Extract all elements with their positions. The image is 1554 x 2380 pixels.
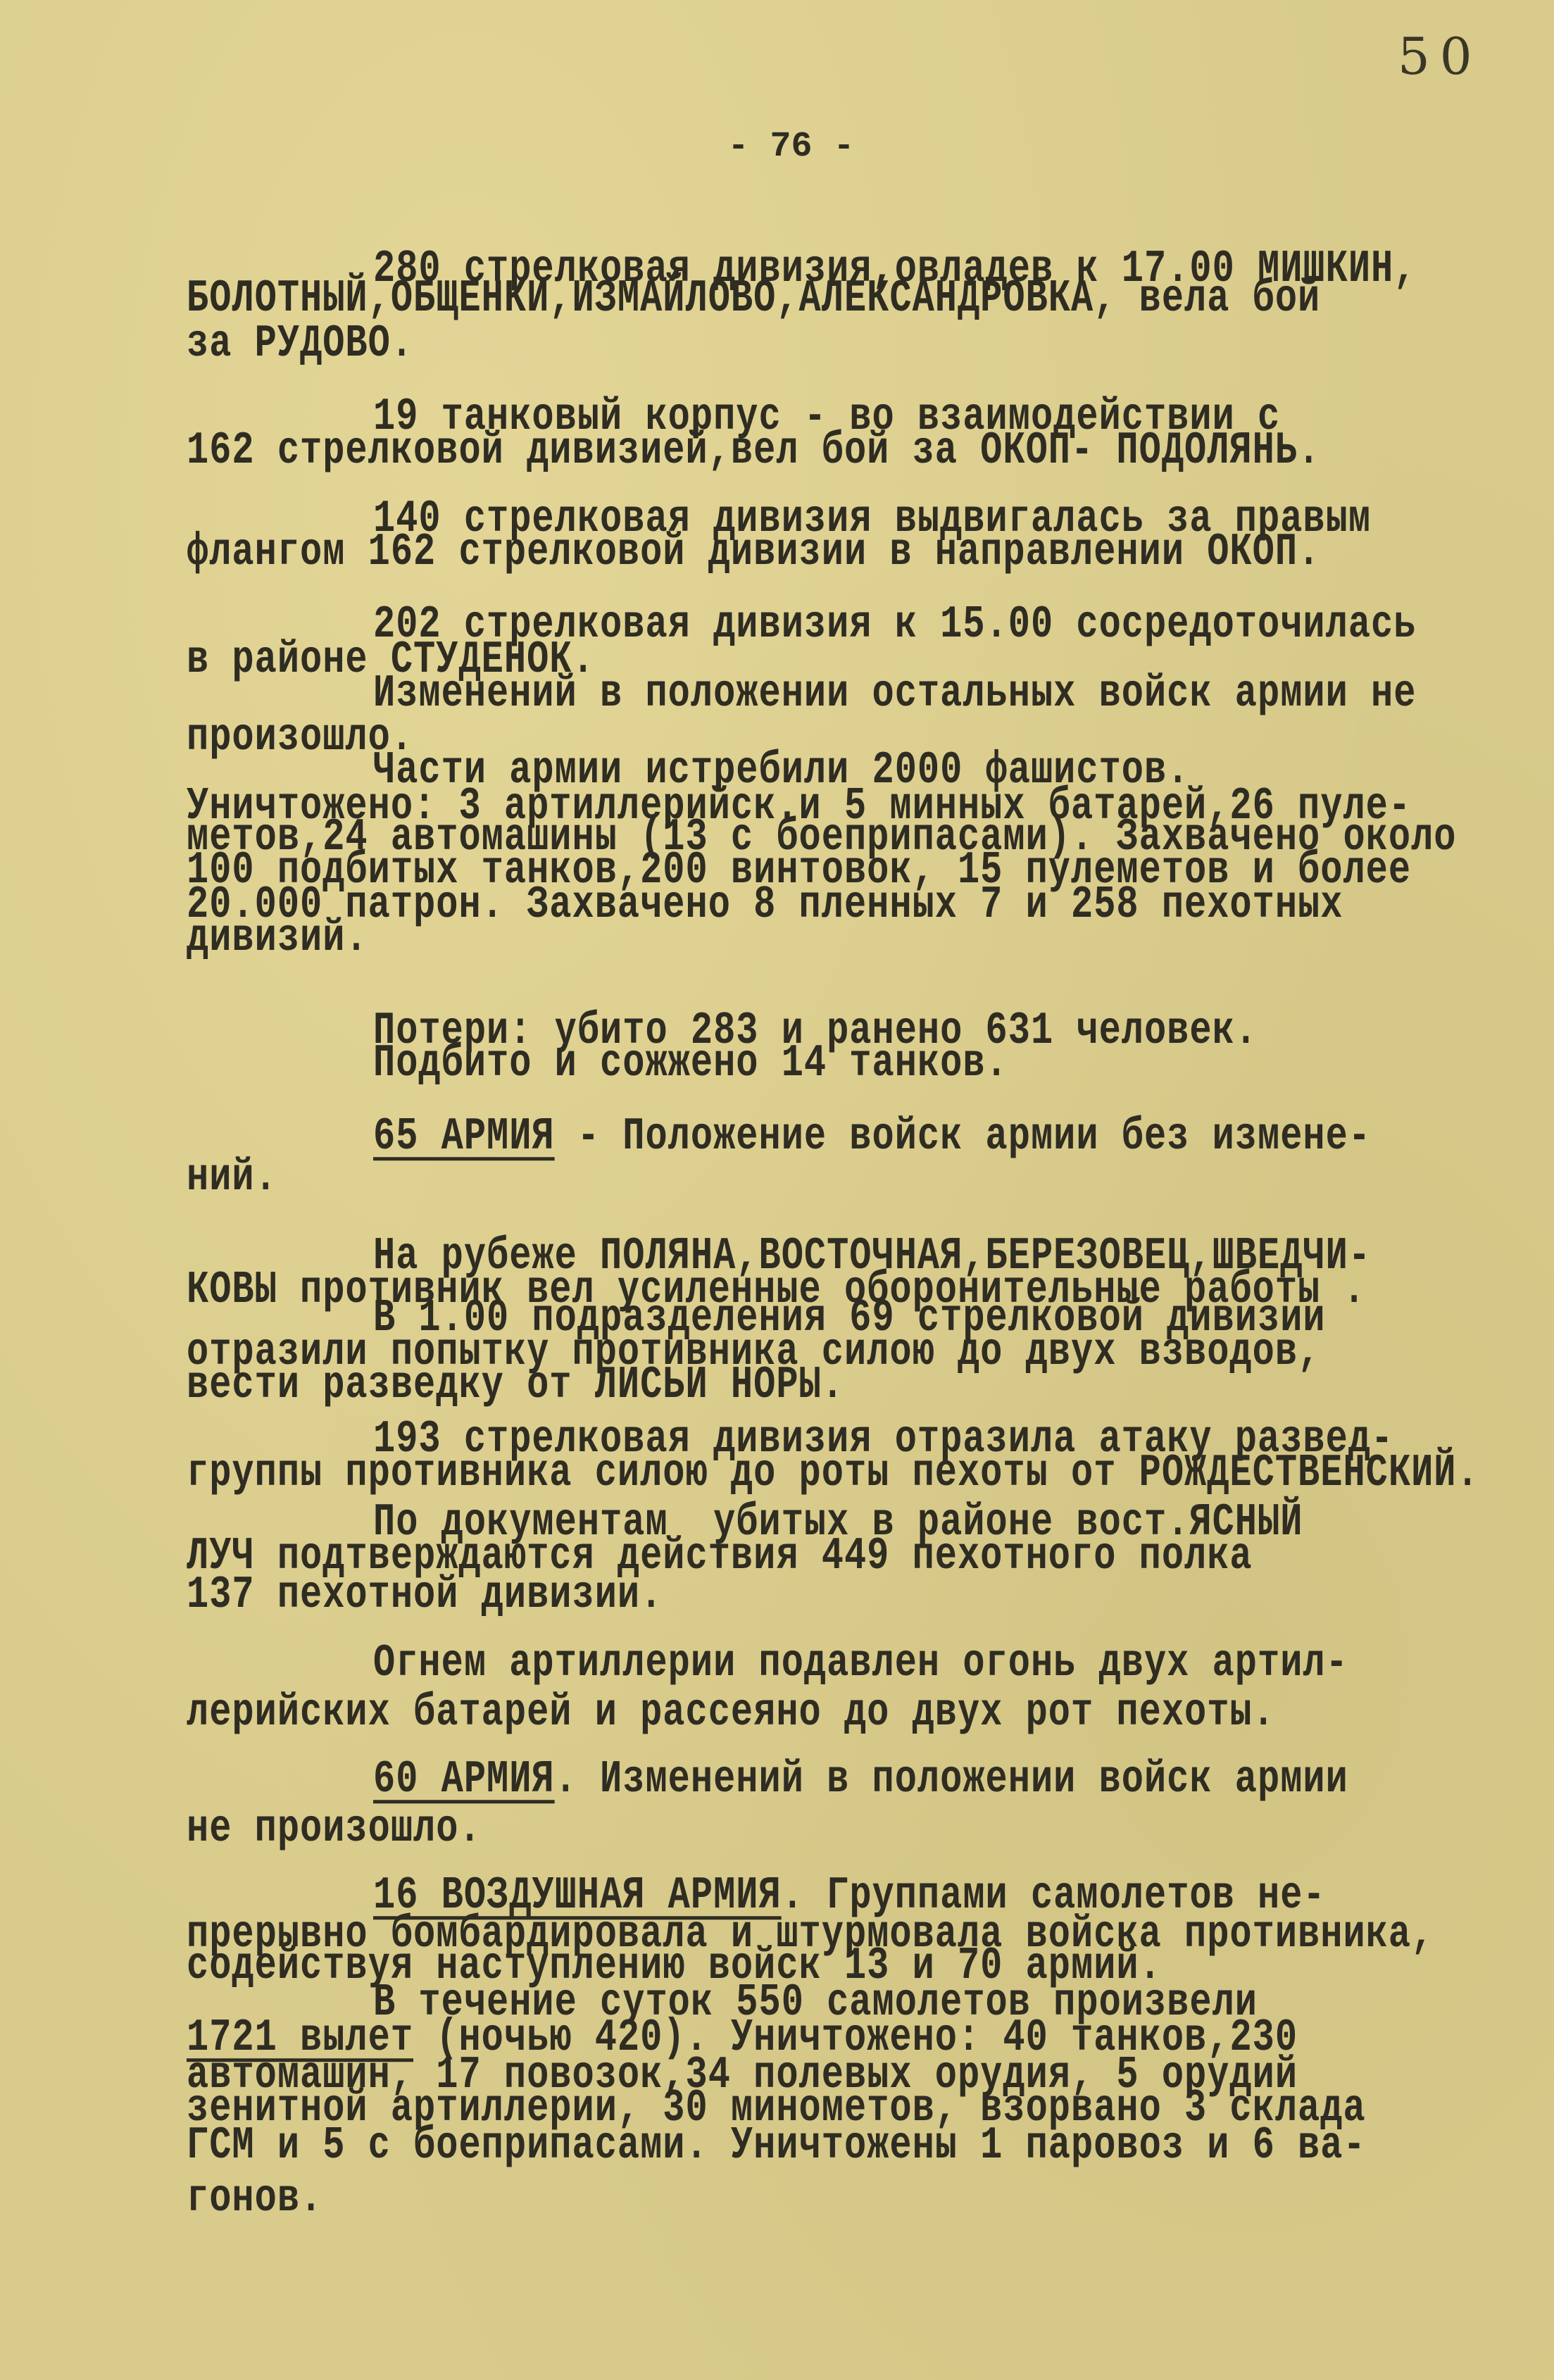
text-line: не произошло. — [187, 1806, 482, 1852]
underlined-heading: 60 АРМИЯ — [373, 1753, 555, 1805]
line-text: не произошло. — [187, 1803, 482, 1855]
line-text: Изменений в положении остальных войск ар… — [373, 668, 1416, 720]
text-line: дивизий. — [187, 915, 368, 961]
line-text: Огнем артиллерии подавлен огонь двух арт… — [373, 1637, 1348, 1689]
text-line: 137 пехотной дивизии. — [187, 1572, 663, 1618]
line-text: дивизий. — [187, 912, 368, 964]
section-heading-line: 65 АРМИЯ - Положение войск армии без изм… — [373, 1114, 1371, 1160]
line-text: флангом 162 стрелковой дивизии в направл… — [187, 526, 1320, 578]
archive-folio-number: 50 — [1398, 27, 1482, 86]
text-line: 162 стрелковой дивизией,вел бой за ОКОП-… — [187, 428, 1320, 474]
line-text: лерийских батарей и рассеяно до двух рот… — [187, 1686, 1275, 1739]
text-line: за РУДОВО. — [187, 321, 413, 367]
text-line: группы противника силою до роты пехоты о… — [187, 1451, 1479, 1496]
text-line: ГСМ и 5 с боеприпасами. Уничтожены 1 пар… — [187, 2123, 1366, 2169]
section-heading-line: 60 АРМИЯ. Изменений в положении войск ар… — [373, 1757, 1348, 1803]
line-text: . Изменений в положении войск армии — [555, 1753, 1348, 1805]
text-line: Огнем артиллерии подавлен огонь двух арт… — [373, 1641, 1348, 1686]
line-text: вести разведку от ЛИСЬИ НОРЫ. — [187, 1359, 844, 1411]
line-text: ний. — [187, 1151, 277, 1203]
line-text: Подбито и сожжено 14 танков. — [373, 1037, 1008, 1089]
line-text: БОЛОТНЫЙ,ОБЩЕНКИ,ИЗМАЙЛОВО,АЛЕКСАНДРОВКА… — [187, 273, 1320, 325]
text-line: Изменений в положении остальных войск ар… — [373, 671, 1416, 717]
line-text: - Положение войск армии без измене- — [555, 1110, 1371, 1163]
underlined-heading: 65 АРМИЯ — [373, 1110, 555, 1163]
text-line: лерийских батарей и рассеяно до двух рот… — [187, 1690, 1275, 1736]
page-number: - 76 - — [0, 127, 1554, 167]
line-text: гонов. — [187, 2172, 322, 2224]
text-line: гонов. — [187, 2176, 322, 2222]
text-line: ний. — [187, 1155, 277, 1201]
text-line: БОЛОТНЫЙ,ОБЩЕНКИ,ИЗМАЙЛОВО,АЛЕКСАНДРОВКА… — [187, 276, 1320, 322]
line-text: за РУДОВО. — [187, 318, 413, 370]
text-line: вести разведку от ЛИСЬИ НОРЫ. — [187, 1363, 844, 1408]
line-text: 137 пехотной дивизии. — [187, 1569, 663, 1621]
line-text: ГСМ и 5 с боеприпасами. Уничтожены 1 пар… — [187, 2119, 1366, 2172]
text-line: Подбито и сожжено 14 танков. — [373, 1041, 1008, 1086]
line-text: группы противника силою до роты пехоты о… — [187, 1447, 1479, 1499]
text-line: флангом 162 стрелковой дивизии в направл… — [187, 530, 1320, 575]
line-text: 162 стрелковой дивизией,вел бой за ОКОП-… — [187, 425, 1320, 477]
